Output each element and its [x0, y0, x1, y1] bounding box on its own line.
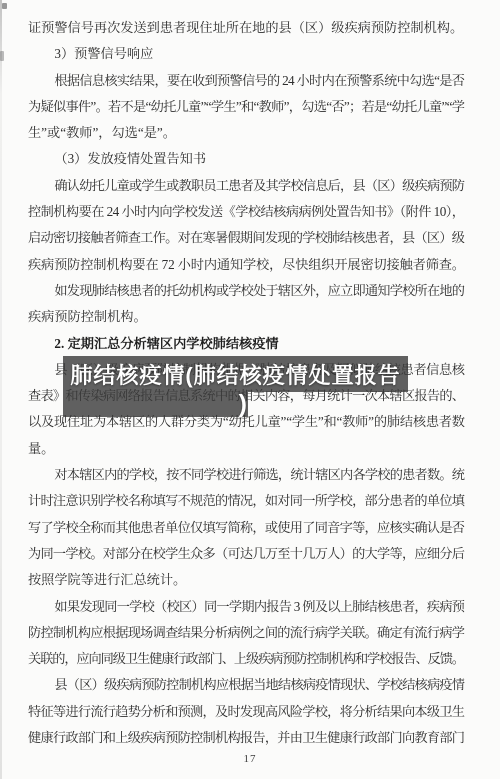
scan-artifact-dot	[0, 51, 4, 61]
text-line: 3）预警信号响应	[28, 41, 465, 67]
text-line: 健康行政部门和上级疾病预防控制机构报告，并由卫生健康行政部门向教育部门	[28, 725, 465, 751]
text-line: 写了学校全称而其他患者单位仅填写简称，或使用了同音字等，应核实确认是否	[28, 515, 465, 541]
text-line: 控制机构要在 24 小时内向学校发送《学校结核病病例处置告知书》（附件 10），	[28, 199, 465, 225]
text-line: 疾病预防控制机构。	[28, 304, 465, 330]
text-line: 计时注意识别学校名称填写不规范的情况，如对同一所学校，部分患者的单位填	[28, 488, 465, 514]
text-line: 生”或“教师”，勾选“是”。	[28, 120, 465, 146]
section-heading: 2. 定期汇总分析辖区内学校肺结核疫情	[28, 331, 465, 357]
scan-artifact-edge	[0, 0, 2, 779]
text-line: 疾病预防控制机构要在 72 小时内通知学校，尽快组织开展密切接触者筛查。	[28, 252, 465, 278]
text-line: 证预警信号再次发送到患者现住址所在地的县（区）级疾病预防控制机构。	[28, 15, 465, 41]
text-line: 关联的，应向同级卫生健康行政部门、上级疾病预防控制机构和学校报告、反馈。	[28, 646, 465, 672]
text-line: 量。	[28, 436, 465, 462]
text-line: 按照学院等进行汇总统计。	[28, 567, 465, 593]
text-line: 如果发现同一学校（校区）同一学期内报告 3 例及以上肺结核患者，疾病预	[28, 594, 465, 620]
text-line: 防控制机构应根据现场调查结果分析病例之间的流行病学关联。确定有流行病学	[28, 620, 465, 646]
text-line: 根据信息核实结果，要在收到预警信号的 24 小时内在预警系统中勾选“是否	[28, 68, 465, 94]
text-line: （3）发放疫情处置告知书	[28, 146, 465, 172]
page-number: 17	[0, 753, 500, 765]
text-line: 启动密切接触者筛查工作。对在寒暑假期间发现的学校肺结核患者，县（区）级	[28, 225, 465, 251]
text-line: 为疑似事件”。若不是“幼托儿童”“学生”和“教师”，勾选“否”；若是“幼托儿童”…	[28, 94, 465, 120]
text-line: 为同一学校。对部分在校学生众多（可达几万至十几万人）的大学等，应细分后	[28, 541, 465, 567]
text-line: 特征等进行流行趋势分析和预测，及时发现高风险学校，将分析结果向本级卫生	[28, 699, 465, 725]
text-line: 对本辖区内的学校，按不同学校进行筛选，统计辖区内各学校的患者数。统	[28, 462, 465, 488]
overlay-title-line1: 肺结核疫情(肺结核疫情处置报告	[63, 356, 408, 392]
text-line: 确认幼托儿童或学生或教职员工患者及其学校信息后，县（区）级疾病预防	[28, 173, 465, 199]
text-line: 县（区）级疾病预防控制机构应根据当地结核病疫情现状、学校结核病疫情	[28, 672, 465, 698]
text-line: 如发现肺结核患者的托幼机构或学校处于辖区外，应立即通知学校所在地的	[28, 278, 465, 304]
document-page: 证预警信号再次发送到患者现住址所在地的县（区）级疾病预防控制机构。3）预警信号响…	[0, 0, 500, 779]
scan-artifact-dot	[2, 3, 7, 9]
watermark-title-overlay: 肺结核疫情(肺结核疫情处置报告 )	[63, 356, 408, 417]
overlay-title-line2: )	[63, 392, 248, 417]
